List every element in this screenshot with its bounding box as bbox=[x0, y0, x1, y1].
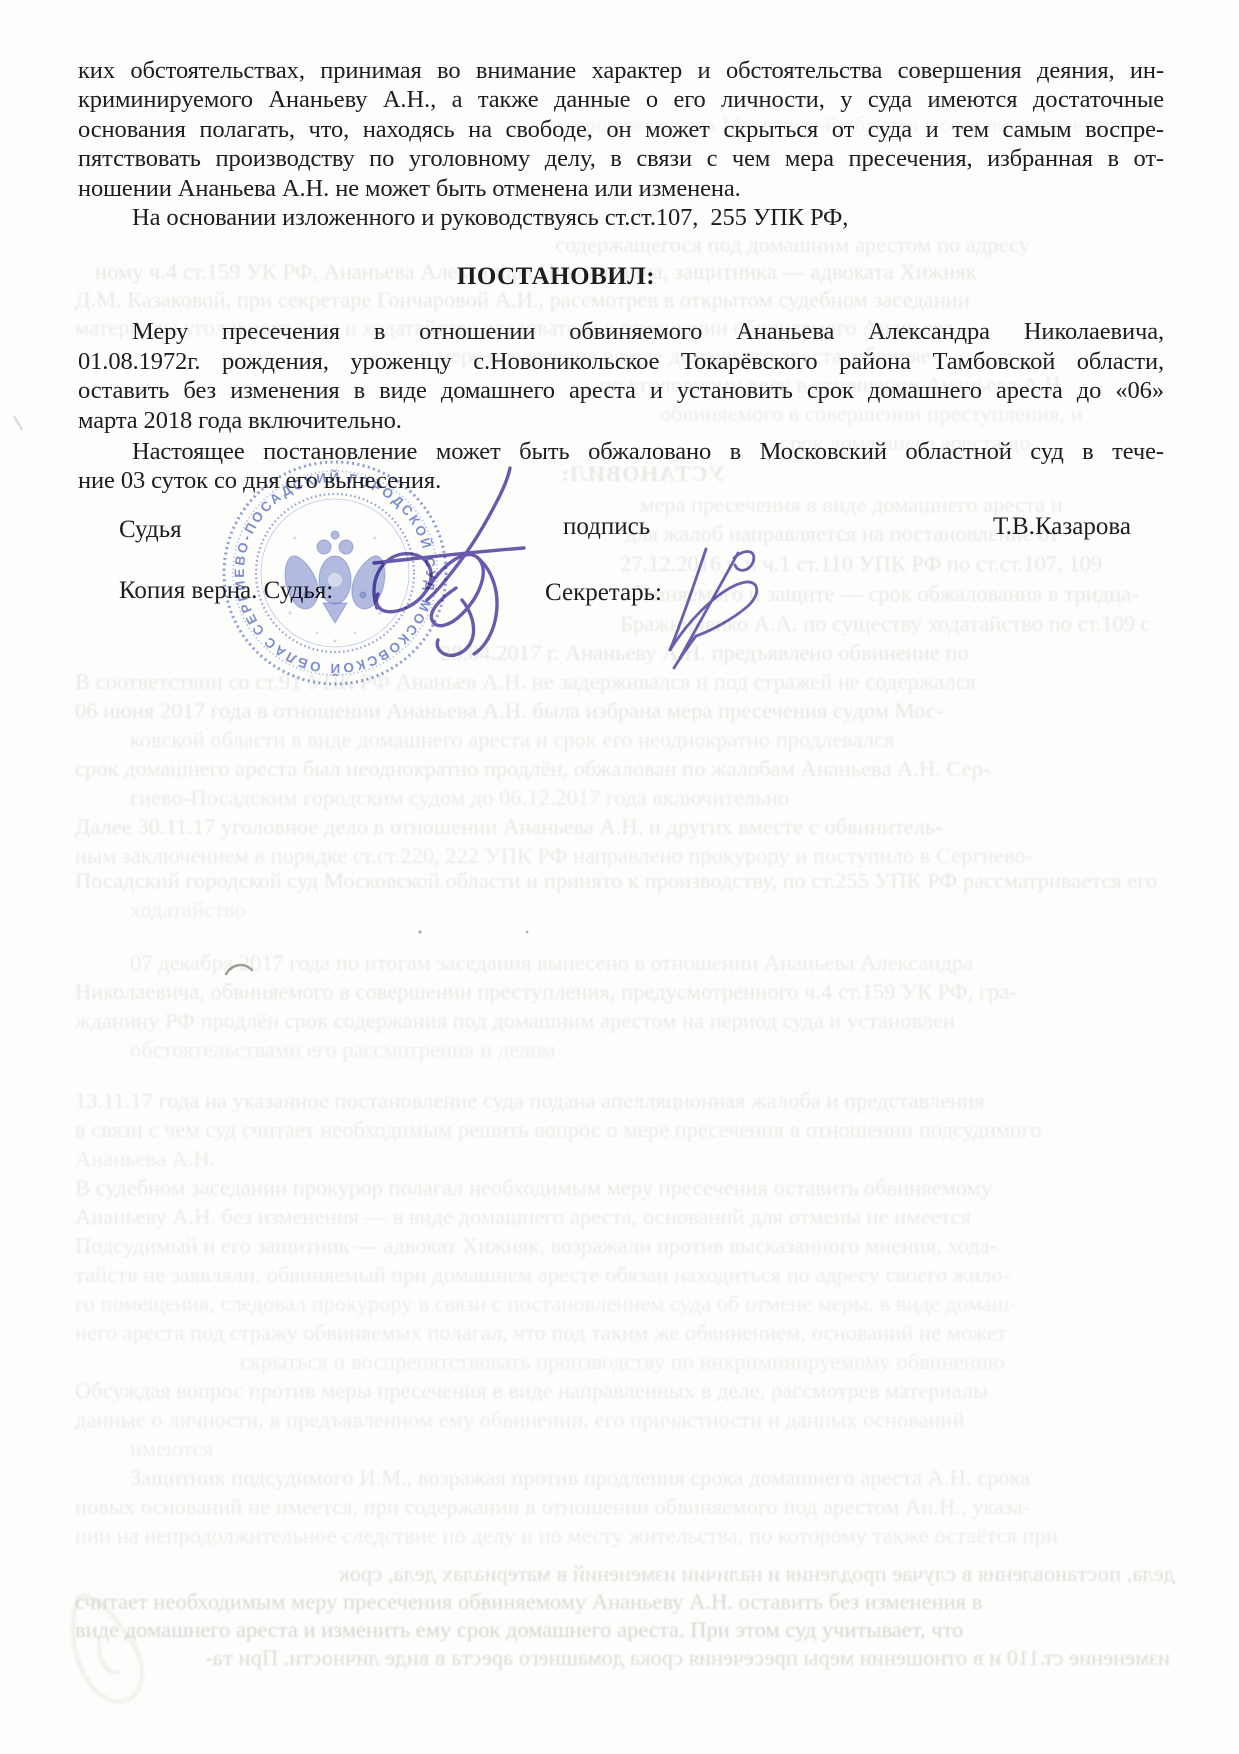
scanned-court-document-page: городского суда Московской области в сос… bbox=[0, 0, 1239, 1754]
judge-signature bbox=[374, 468, 524, 655]
handwritten-signatures-layer bbox=[0, 0, 1239, 1754]
secretary-signature bbox=[670, 549, 757, 668]
